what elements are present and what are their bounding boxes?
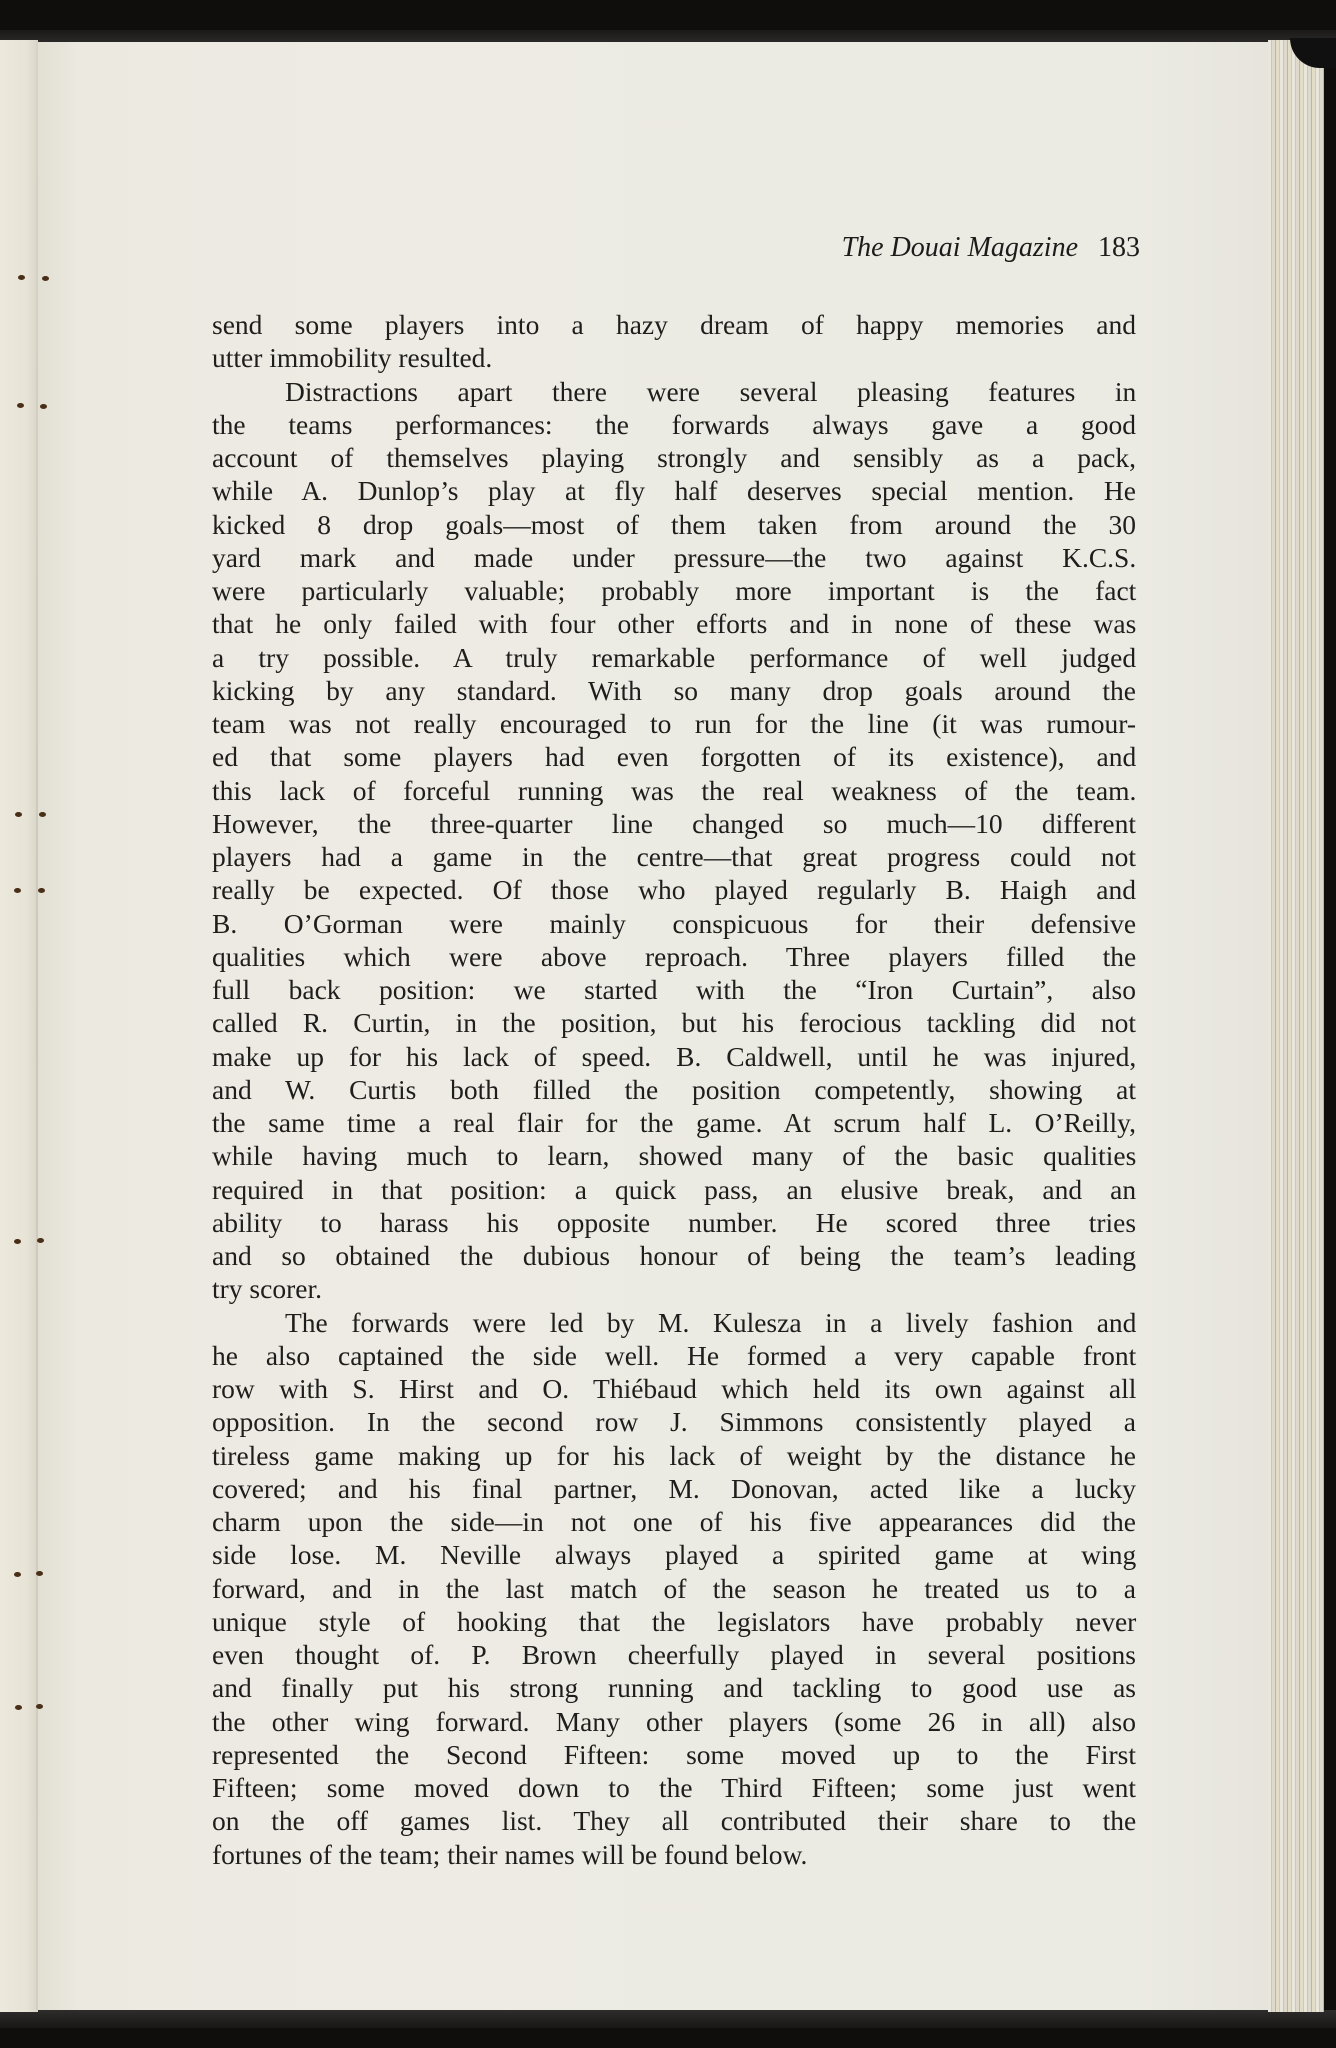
text-line: the same time a real flair for the game.…	[212, 1106, 1136, 1139]
text-line: called R. Curtin, in the position, but h…	[212, 1006, 1136, 1039]
text-line: while A. Dunlop’s play at fly half deser…	[212, 474, 1136, 507]
facing-page-edge	[0, 40, 38, 2012]
text-line: a try possible. A truly remarkable perfo…	[212, 641, 1136, 674]
gutter-fold	[36, 40, 38, 2010]
text-line: row with S. Hirst and O. Thiébaud which …	[212, 1372, 1136, 1405]
text-line: side lose. M. Neville always played a sp…	[212, 1538, 1136, 1571]
text-line: Fifteen; some moved down to the Third Fi…	[212, 1771, 1136, 1804]
text-line: this lack of forceful running was the re…	[212, 774, 1136, 807]
text-line: and so obtained the dubious honour of be…	[212, 1239, 1136, 1272]
binding-hole-icon	[14, 1572, 21, 1577]
text-line: However, the three-quarter line changed …	[212, 807, 1136, 840]
text-line: the teams performances: the forwards alw…	[212, 408, 1136, 441]
text-line: he also captained the side well. He form…	[212, 1339, 1136, 1372]
binding-hole-icon	[17, 403, 24, 408]
text-line: team was not really encouraged to run fo…	[212, 707, 1136, 740]
text-line: on the off games list. They all contribu…	[212, 1804, 1136, 1837]
book-cover-edge-bottom	[0, 2010, 1336, 2028]
paragraph-first-line: Distractions apart there were several pl…	[212, 375, 1136, 408]
binding-hole-icon	[42, 276, 49, 281]
text-line: ability to harass his opposite number. H…	[212, 1206, 1136, 1239]
text-line: kicked 8 drop goals—most of them taken f…	[212, 508, 1136, 541]
text-line: try scorer.	[212, 1272, 1136, 1305]
text-line: and finally put his strong running and t…	[212, 1671, 1136, 1704]
text-line: represented the Second Fifteen: some mov…	[212, 1738, 1136, 1771]
text-line: while having much to learn, showed many …	[212, 1139, 1136, 1172]
text-line: unique style of hooking that the legisla…	[212, 1605, 1136, 1638]
running-head: The Douai Magazine183	[700, 232, 1140, 264]
binding-hole-icon	[36, 1571, 43, 1576]
text-line: full back position: we started with the …	[212, 973, 1136, 1006]
article-body: send some players into a hazy dream of h…	[212, 308, 1136, 1871]
binding-hole-icon	[15, 1705, 22, 1710]
text-line: make up for his lack of speed. B. Caldwe…	[212, 1040, 1136, 1073]
binding-hole-icon	[15, 812, 22, 817]
text-line: that he only failed with four other effo…	[212, 607, 1136, 640]
publication-title: The Douai Magazine	[842, 232, 1078, 263]
binding-hole-icon	[37, 1238, 44, 1243]
page-number: 183	[1098, 232, 1140, 263]
text-line: opposition. In the second row J. Simmons…	[212, 1405, 1136, 1438]
text-line: were particularly valuable; probably mor…	[212, 574, 1136, 607]
binding-hole-icon	[14, 1239, 21, 1244]
text-line: and W. Curtis both filled the position c…	[212, 1073, 1136, 1106]
text-line: covered; and his final partner, M. Donov…	[212, 1472, 1136, 1505]
text-line: ed that some players had even forgotten …	[212, 740, 1136, 773]
text-line: account of themselves playing strongly a…	[212, 441, 1136, 474]
text-line: kicking by any standard. With so many dr…	[212, 674, 1136, 707]
text-line: qualities which were above reproach. Thr…	[212, 940, 1136, 973]
binding-hole-icon	[40, 404, 47, 409]
binding-hole-icon	[14, 888, 21, 893]
text-line: send some players into a hazy dream of h…	[212, 308, 1136, 341]
binding-hole-icon	[38, 888, 45, 893]
paragraph-first-line: The forwards were led by M. Kulesza in a…	[212, 1306, 1136, 1339]
binding-hole-icon	[18, 275, 25, 280]
text-line: players had a game in the centre—that gr…	[212, 840, 1136, 873]
text-line: even thought of. P. Brown cheerfully pla…	[212, 1638, 1136, 1671]
text-line: the other wing forward. Many other playe…	[212, 1705, 1136, 1738]
text-line: required in that position: a quick pass,…	[212, 1173, 1136, 1206]
text-line: really be expected. Of those who played …	[212, 873, 1136, 906]
text-line: charm upon the side—in not one of his fi…	[212, 1505, 1136, 1538]
binding-hole-icon	[39, 812, 46, 817]
text-line: utter immobility resulted.	[212, 341, 1136, 374]
text-line: forward, and in the last match of the se…	[212, 1572, 1136, 1605]
text-line: fortunes of the team; their names will b…	[212, 1838, 1136, 1871]
text-line: B. O’Gorman were mainly conspicuous for …	[212, 907, 1136, 940]
text-line: yard mark and made under pressure—the tw…	[212, 541, 1136, 574]
binding-hole-icon	[36, 1704, 43, 1709]
page-stack-edge	[1268, 40, 1324, 2012]
text-line: tireless game making up for his lack of …	[212, 1439, 1136, 1472]
scanned-page: The Douai Magazine183 send some players …	[0, 0, 1336, 2048]
